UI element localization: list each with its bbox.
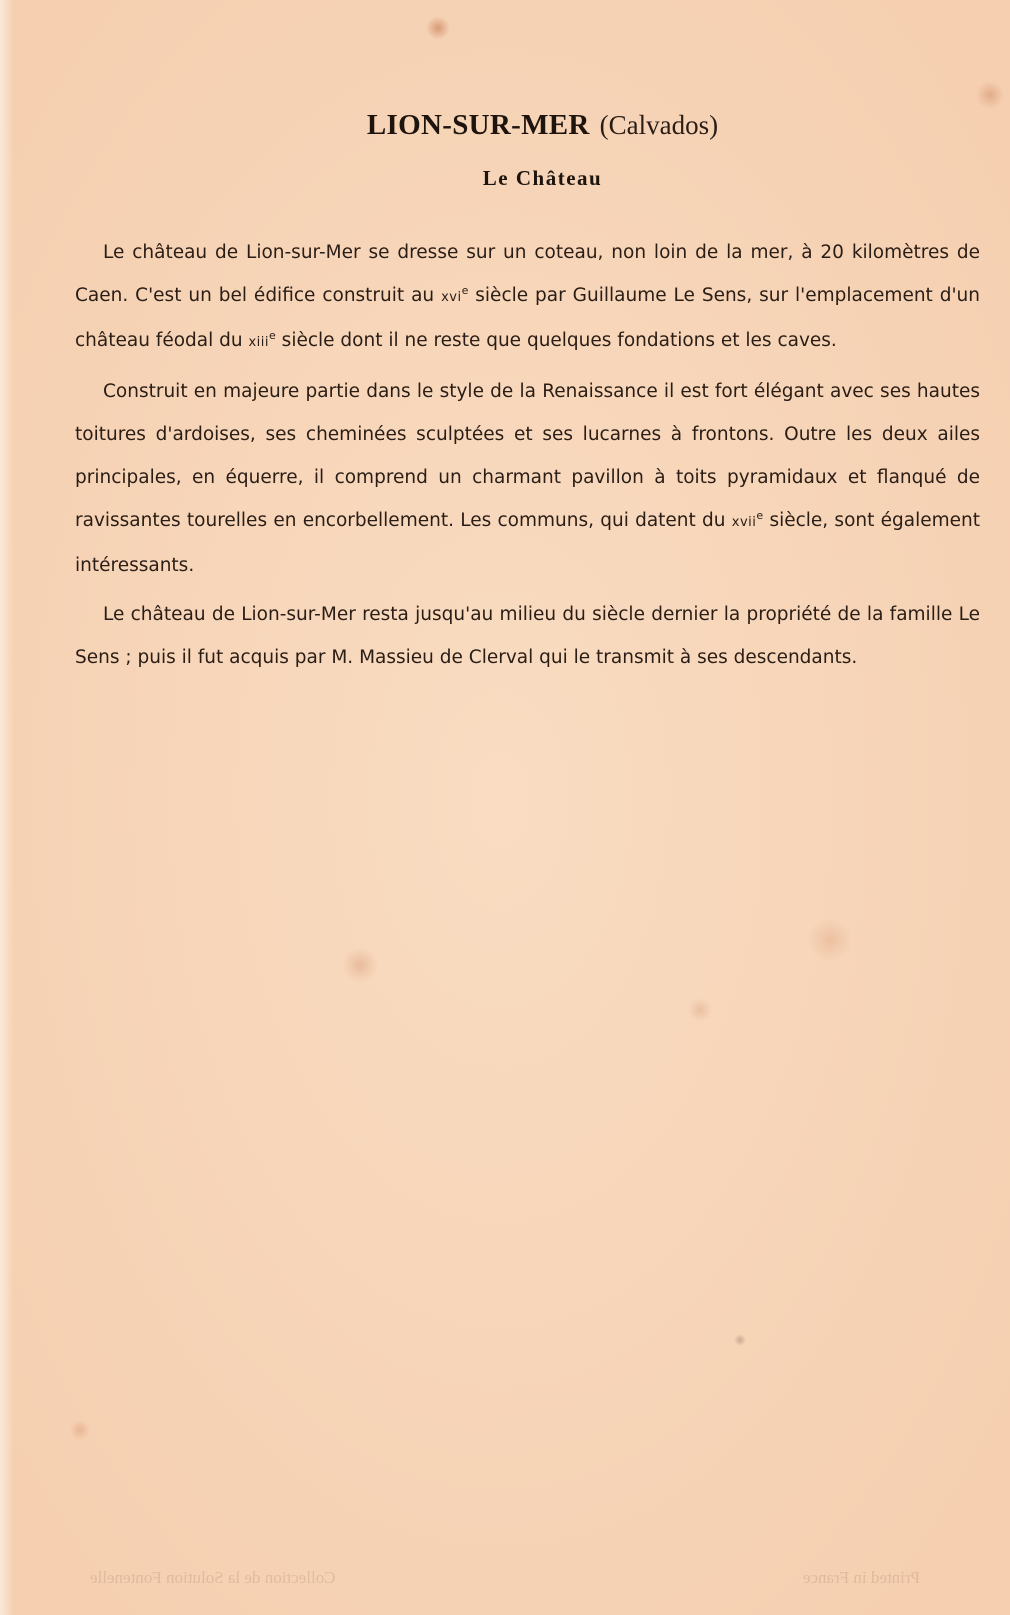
bleed-through-right: Collection de la Solution Fontenelle <box>90 1568 336 1588</box>
paragraph-3-text: Le château de Lion-sur-Mer resta jusqu'a… <box>75 604 980 668</box>
title-main: LION-SUR-MER <box>367 109 590 141</box>
bleed-through-left: Printed in France <box>803 1568 920 1588</box>
century-13-sup: e <box>269 329 276 342</box>
paper-left-edge <box>0 0 14 1615</box>
bleed-through-footer: Printed in France Collection de la Solut… <box>90 1568 920 1588</box>
paragraph-1: Le château de Lion-sur-Mer se dresse sur… <box>75 231 980 364</box>
document-content: LION-SUR-MER (Calvados) Le Château Le ch… <box>75 100 980 685</box>
century-16: xvi <box>441 290 462 305</box>
paragraph-1-text-c: siècle dont il ne reste que quelques fon… <box>276 330 837 351</box>
century-13: xiii <box>248 335 269 350</box>
page-subtitle: Le Château <box>75 166 980 191</box>
page-title: LION-SUR-MER (Calvados) <box>75 100 980 150</box>
title-region: (Calvados) <box>600 110 718 140</box>
paragraph-3: Le château de Lion-sur-Mer resta jusqu'a… <box>75 593 980 679</box>
paragraph-2-text-a: Construit en majeure partie dans le styl… <box>75 381 980 531</box>
body-text: Le château de Lion-sur-Mer se dresse sur… <box>75 231 980 679</box>
century-17: xvii <box>732 515 757 530</box>
paragraph-2: Construit en majeure partie dans le styl… <box>75 370 980 587</box>
